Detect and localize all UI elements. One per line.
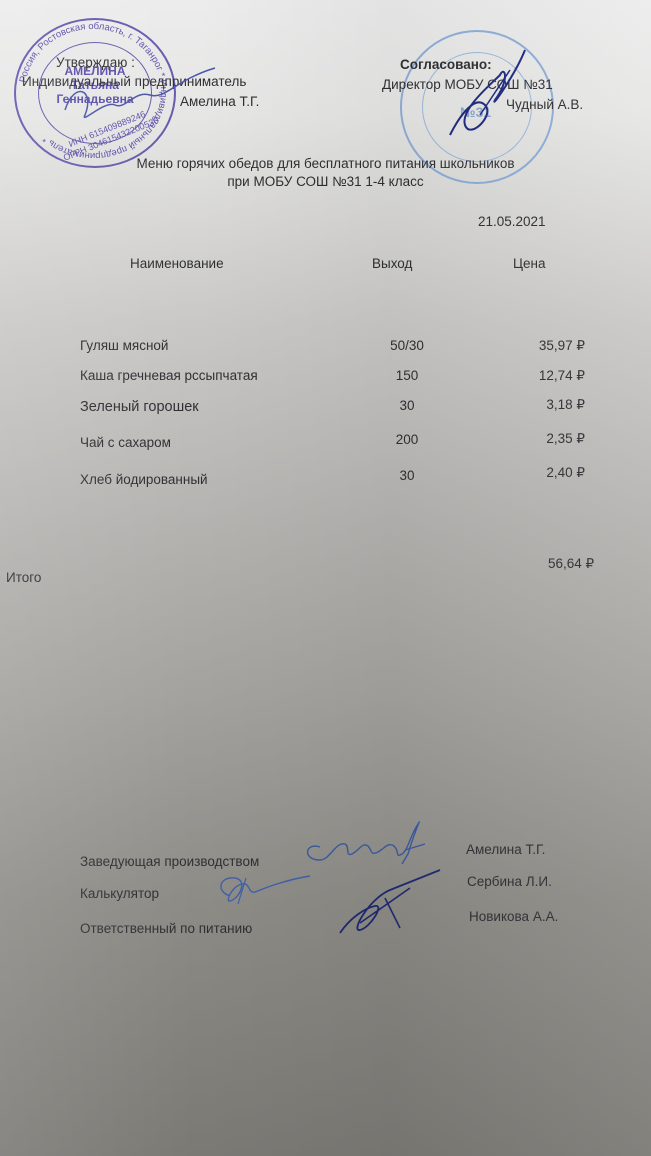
header-output: Выход <box>372 256 412 271</box>
row-output: 30 <box>362 398 452 413</box>
signature-role: Заведующая производством <box>80 854 259 869</box>
menu-title-line2: при МОБУ СОШ №31 1-4 класс <box>0 174 651 189</box>
menu-title-line1: Меню горячих обедов для бесплатного пита… <box>0 156 651 171</box>
row-name: Каша гречневая рссыпчатая <box>80 368 258 383</box>
signature-name: Амелина Т.Г. <box>466 842 545 857</box>
agreed-position: Директор МОБУ СОШ №31 <box>382 77 553 92</box>
signature-name: Новикова А.А. <box>469 909 558 924</box>
agreed-heading: Согласовано: <box>400 57 492 72</box>
menu-date: 21.05.2021 <box>478 214 546 229</box>
production-head-signature-icon <box>290 812 440 872</box>
signature-role: Ответственный по питанию <box>80 921 252 936</box>
row-name: Гуляш мясной <box>80 338 168 353</box>
approve-position: Индивидуальный предприниматель <box>22 74 246 89</box>
row-output: 50/30 <box>362 338 452 353</box>
nutrition-responsible-signature-icon <box>330 868 450 948</box>
row-name: Зеленый горошек <box>80 399 199 415</box>
agreed-name: Чудный А.В. <box>506 97 583 112</box>
row-price: 35,97 ₽ <box>505 338 585 354</box>
row-price: 2,40 ₽ <box>505 465 585 481</box>
row-output: 150 <box>362 368 452 383</box>
calculator-signature-icon <box>210 866 320 916</box>
header-price: Цена <box>513 256 545 271</box>
row-output: 200 <box>362 432 452 447</box>
document-page: Россия, Ростовская область, г. Таганрог … <box>0 0 651 1156</box>
approve-name: Амелина Т.Г. <box>180 94 259 109</box>
ip-round-stamp: Россия, Ростовская область, г. Таганрог … <box>14 18 176 168</box>
stamp-name-3: Геннадьевна <box>16 92 174 106</box>
stamp-number: №31 <box>460 104 491 120</box>
row-name: Хлеб йодированный <box>80 472 208 487</box>
approve-heading: Утверждаю : <box>56 55 135 70</box>
header-name: Наименование <box>130 256 224 271</box>
row-price: 3,18 ₽ <box>505 397 585 413</box>
row-price: 12,74 ₽ <box>505 368 585 384</box>
signature-name: Сербина Л.И. <box>467 874 552 889</box>
row-name: Чай с сахаром <box>80 435 171 450</box>
row-output: 30 <box>362 468 452 483</box>
total-label: Итого <box>6 570 41 585</box>
signature-role: Калькулятор <box>80 886 159 901</box>
row-price: 2,35 ₽ <box>505 431 585 447</box>
total-value: 56,64 ₽ <box>548 556 594 572</box>
